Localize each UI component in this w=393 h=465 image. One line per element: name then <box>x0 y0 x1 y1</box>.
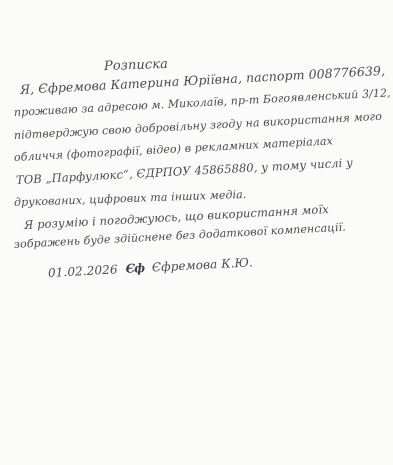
signature-block: 01.02.2026 Єф Єфремова К.Ю. <box>48 255 254 280</box>
signature-date: 01.02.2026 <box>48 262 118 280</box>
handwritten-signature: Єф <box>125 261 144 276</box>
document-title: Розписка <box>104 57 169 74</box>
signer-name: Єфремова К.Ю. <box>152 255 254 274</box>
text-line-6: друкованих, цифрових та інших медіа. <box>14 188 247 209</box>
handwritten-receipt-page: Розписка Я, Єфремова Катерина Юріївна, п… <box>0 0 393 465</box>
